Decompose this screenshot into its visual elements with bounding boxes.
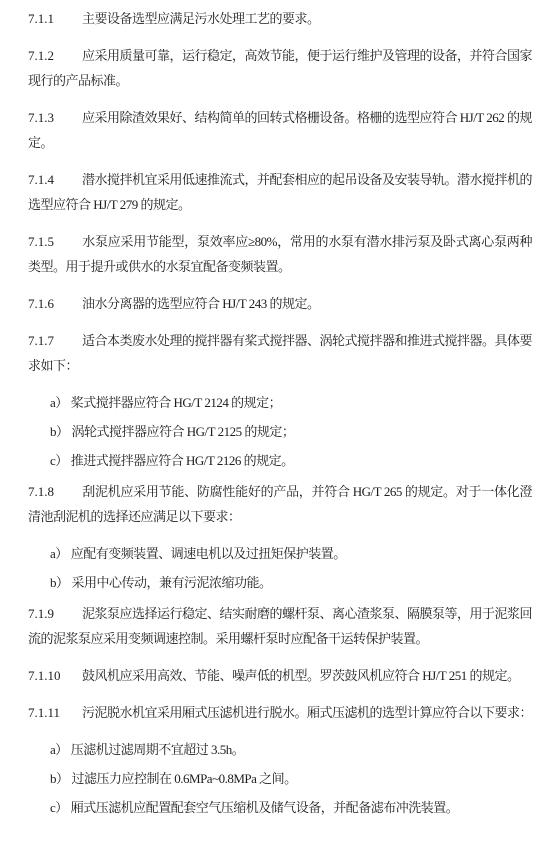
clause-7-1-1: 7.1.1主要设备选型应满足污水处理工艺的要求。 <box>28 6 532 31</box>
list-item: b）过滤压力应控制在 0.6MPa~0.8MPa 之间。 <box>50 766 532 791</box>
clause-text: 应采用质量可靠，运行稳定，高效节能，便于运行维护及管理的设备，并符合国家现行的产… <box>28 48 532 88</box>
list-item: b）涡轮式搅拌器应符合 HG/T 2125 的规定； <box>50 419 532 444</box>
clause-number: 7.1.6 <box>28 291 82 316</box>
clause-number: 7.1.8 <box>28 479 82 504</box>
clause-text: 潜水搅拌机宜采用低速推流式，并配套相应的起吊设备及安装导轨。潜水搅拌机的选型应符… <box>28 172 532 212</box>
list-item: b）采用中心传动，兼有污泥浓缩功能。 <box>50 570 532 595</box>
clause-text: 水泵应采用节能型，泵效率应≥80%，常用的水泵有潜水排污泵及卧式离心泵两种类型。… <box>28 234 532 274</box>
clause-7-1-10: 7.1.10鼓风机应采用高效、节能、噪声低的机型。罗茨鼓风机应符合 HJ/T 2… <box>28 663 532 688</box>
clause-text: 应采用除渣效果好、结构简单的回转式格栅设备。格栅的选型应符合 HJ/T 262 … <box>28 110 532 150</box>
list-item-label: c） <box>50 453 68 468</box>
clause-number: 7.1.11 <box>28 700 82 725</box>
list-item-text: 桨式搅拌器应符合 HG/T 2124 的规定； <box>71 395 281 410</box>
list-item-text: 采用中心传动，兼有污泥浓缩功能。 <box>72 575 272 590</box>
list-item: a）桨式搅拌器应符合 HG/T 2124 的规定； <box>50 390 532 415</box>
list-item-text: 应配有变频装置、调速电机以及过扭矩保护装置。 <box>71 546 346 561</box>
clause-7-1-8-subitems: a）应配有变频装置、调速电机以及过扭矩保护装置。 b）采用中心传动，兼有污泥浓缩… <box>50 541 532 595</box>
clause-number: 7.1.3 <box>28 105 82 130</box>
list-item: a）压滤机过滤周期不宜超过 3.5h。 <box>50 737 532 762</box>
clause-text: 刮泥机应采用节能、防腐性能好的产品，并符合 HG/T 265 的规定。对于一体化… <box>28 484 532 524</box>
list-item-label: a） <box>50 742 68 757</box>
clause-7-1-6: 7.1.6油水分离器的选型应符合 HJ/T 243 的规定。 <box>28 291 532 316</box>
clause-number: 7.1.5 <box>28 229 82 254</box>
list-item-text: 厢式压滤机应配置配套空气压缩机及储气设备，并配备滤布冲洗装置。 <box>71 800 459 815</box>
list-item-label: b） <box>50 771 69 786</box>
list-item-text: 压滤机过滤周期不宜超过 3.5h。 <box>71 742 245 757</box>
clause-7-1-7-subitems: a）桨式搅拌器应符合 HG/T 2124 的规定； b）涡轮式搅拌器应符合 HG… <box>50 390 532 473</box>
clause-7-1-7: 7.1.7适合本类废水处理的搅拌器有桨式搅拌器、涡轮式搅拌器和推进式搅拌器。具体… <box>28 328 532 378</box>
list-item: a）应配有变频装置、调速电机以及过扭矩保护装置。 <box>50 541 532 566</box>
clause-7-1-2: 7.1.2应采用质量可靠，运行稳定，高效节能，便于运行维护及管理的设备，并符合国… <box>28 43 532 93</box>
list-item-label: b） <box>50 575 69 590</box>
clause-text: 油水分离器的选型应符合 HJ/T 243 的规定。 <box>82 296 320 311</box>
clause-7-1-4: 7.1.4潜水搅拌机宜采用低速推流式，并配套相应的起吊设备及安装导轨。潜水搅拌机… <box>28 167 532 217</box>
list-item-label: b） <box>50 424 69 439</box>
list-item-text: 涡轮式搅拌器应符合 HG/T 2125 的规定； <box>72 424 295 439</box>
clause-7-1-11-subitems: a）压滤机过滤周期不宜超过 3.5h。 b）过滤压力应控制在 0.6MPa~0.… <box>50 737 532 820</box>
list-item: c）推进式搅拌器应符合 HG/T 2126 的规定。 <box>50 448 532 473</box>
clause-number: 7.1.7 <box>28 328 82 353</box>
clause-7-1-8: 7.1.8刮泥机应采用节能、防腐性能好的产品，并符合 HG/T 265 的规定。… <box>28 479 532 529</box>
clause-text: 适合本类废水处理的搅拌器有桨式搅拌器、涡轮式搅拌器和推进式搅拌器。具体要求如下： <box>28 333 532 373</box>
clause-text: 主要设备选型应满足污水处理工艺的要求。 <box>82 11 320 26</box>
list-item-text: 推进式搅拌器应符合 HG/T 2126 的规定。 <box>71 453 294 468</box>
clause-number: 7.1.4 <box>28 167 82 192</box>
clause-text: 泥浆泵应选择运行稳定、结实耐磨的螺杆泵、离心渣浆泵、隔膜泵等，用于泥浆回流的泥浆… <box>28 606 532 646</box>
clause-text: 污泥脱水机宜采用厢式压滤机进行脱水。厢式压滤机的选型计算应符合以下要求： <box>82 705 532 720</box>
list-item-label: c） <box>50 800 68 815</box>
clause-number: 7.1.9 <box>28 601 82 626</box>
clause-number: 7.1.1 <box>28 6 82 31</box>
clause-7-1-5: 7.1.5水泵应采用节能型，泵效率应≥80%，常用的水泵有潜水排污泵及卧式离心泵… <box>28 229 532 279</box>
clause-number: 7.1.2 <box>28 43 82 68</box>
clause-number: 7.1.10 <box>28 663 82 688</box>
clause-7-1-9: 7.1.9泥浆泵应选择运行稳定、结实耐磨的螺杆泵、离心渣浆泵、隔膜泵等，用于泥浆… <box>28 601 532 651</box>
list-item-label: a） <box>50 546 68 561</box>
document-page: 7.1.1主要设备选型应满足污水处理工艺的要求。 7.1.2应采用质量可靠，运行… <box>0 0 559 855</box>
clause-7-1-11: 7.1.11污泥脱水机宜采用厢式压滤机进行脱水。厢式压滤机的选型计算应符合以下要… <box>28 700 532 725</box>
clause-7-1-3: 7.1.3应采用除渣效果好、结构简单的回转式格栅设备。格栅的选型应符合 HJ/T… <box>28 105 532 155</box>
list-item-label: a） <box>50 395 68 410</box>
clause-text: 鼓风机应采用高效、节能、噪声低的机型。罗茨鼓风机应符合 HJ/T 251 的规定… <box>82 668 520 683</box>
list-item: c）厢式压滤机应配置配套空气压缩机及储气设备，并配备滤布冲洗装置。 <box>50 795 532 820</box>
list-item-text: 过滤压力应控制在 0.6MPa~0.8MPa 之间。 <box>72 771 297 786</box>
